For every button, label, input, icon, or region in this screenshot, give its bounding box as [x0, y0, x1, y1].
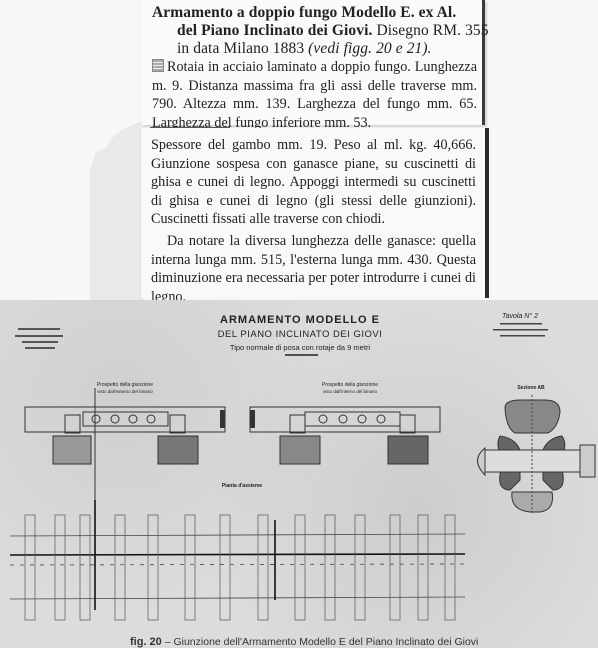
middle-view-label: Prospetto della giunzione: [322, 382, 378, 388]
drawing-title-3: Tipo normale di posa con rotaje da 9 met…: [230, 343, 371, 352]
text-clipping-top: Armamento a doppio fungo Modello E. ex A…: [142, 0, 485, 125]
plan-view: [10, 500, 465, 610]
plate-label: Tavola N° 2: [502, 312, 538, 320]
drawing-stamp: [15, 328, 63, 349]
torn-paper-edge: [90, 120, 145, 300]
drawing-canvas: ARMAMENTO MODELLO E DEL PIANO INCLINATO …: [0, 300, 598, 648]
drawing-title-1: ARMAMENTO MODELLO E: [220, 314, 380, 326]
heading-line-3: in data Milano 1883 (vedi figg. 20 e 21)…: [177, 40, 432, 58]
plan-view-label: Pianta d'assieme: [222, 483, 263, 489]
section-label: Sezione AB: [517, 385, 545, 391]
rail-cross-section: [478, 395, 596, 515]
plan-ties: [25, 515, 455, 620]
section-mark-icon: [152, 59, 164, 72]
heading-line-2: del Piano Inclinato dei Giovi. Disegno R…: [177, 22, 489, 40]
technical-drawing: ARMAMENTO MODELLO E DEL PIANO INCLINATO …: [0, 300, 598, 648]
left-view-label: Prospetto della giunzione: [97, 382, 153, 388]
middle-view-sublabel: visto dall'interno del binario: [323, 389, 378, 394]
figure-caption: fig. 20 – Giunzione dell'Armamento Model…: [130, 636, 478, 648]
paragraph-joint-specs: Spessore del gambo mm. 19. Peso al ml. k…: [151, 136, 476, 229]
text-clipping-bottom: Spessore del gambo mm. 19. Peso al ml. k…: [140, 128, 489, 298]
drawing-title-2: DEL PIANO INCLINATO DEI GIOVI: [218, 329, 383, 340]
paragraph-fishplate-note: Da notare la diversa lunghezza delle gan…: [151, 232, 476, 306]
left-view-sublabel: visto dall'esterno del binario: [97, 389, 153, 394]
paragraph-rail-specs: Rotaia in acciaio laminato a doppio fung…: [152, 58, 477, 132]
heading-line-1: Armamento a doppio fungo Modello E. ex A…: [152, 4, 456, 22]
